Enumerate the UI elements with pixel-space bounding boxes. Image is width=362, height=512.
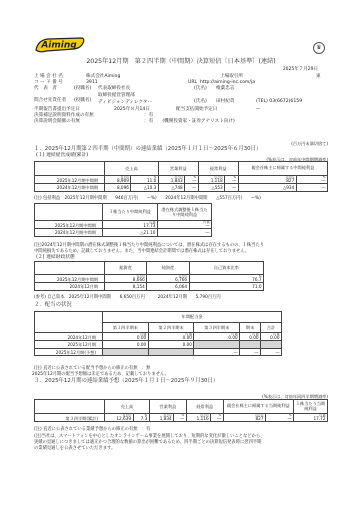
section1-sub1: (１) 連結経営成績(累計) xyxy=(36,153,88,159)
label: 問合せ先責任者 xyxy=(34,98,66,104)
company-url-link[interactable]: http://aiming-inc.com/ja xyxy=(200,80,255,86)
eps-note-1: (注)2024年12月期中間期の潜在株式調整後１株当たり中間純利益については、潜… xyxy=(34,243,264,248)
financial-position-table: 総資産 純資産 自己資本比率 2025年12月期中間期 百万円8,666 百万円… xyxy=(34,261,264,291)
cell: 0.00 xyxy=(148,341,194,349)
cell: %— xyxy=(185,176,199,184)
header-diluted-eps: 潜在株式調整後１株当たり中間純利益 xyxy=(157,204,211,221)
cell: 円 銭0.00 xyxy=(103,333,149,341)
unit-note: (百万円未満切捨て) xyxy=(291,141,328,146)
label: URL xyxy=(188,80,197,86)
header-net-assets: 純資産 xyxy=(147,262,189,275)
svg-text:Aiming: Aiming xyxy=(40,41,77,51)
cell: — xyxy=(194,348,240,356)
label: (役職名) xyxy=(74,86,91,92)
equity-note: (参考) 自己資本 2025年12月期中間期 6,650百万円 2024年12月… xyxy=(34,295,221,300)
cell: 百万円827 xyxy=(223,414,265,422)
cell: %— xyxy=(296,176,327,184)
release-date: 2025年７月29日 xyxy=(283,67,318,72)
label: (氏名) xyxy=(194,99,207,105)
cell: 円 銭17.73 xyxy=(102,221,157,229)
label: (氏名) xyxy=(194,86,207,92)
cell: — xyxy=(296,184,327,192)
cell: △21.10 xyxy=(102,229,157,237)
cell: △748 xyxy=(158,184,184,192)
section2-title: ２．配当の状況 xyxy=(34,302,72,308)
corner-cell xyxy=(35,312,103,333)
section1-sub2: (２) 連結財政状態 xyxy=(36,255,75,261)
row-label: 2025年12月期中間期 xyxy=(35,176,105,184)
header-operating-income: 営業利益 xyxy=(149,400,186,414)
stock-code: 3911 xyxy=(86,80,98,86)
cell: 6,064 xyxy=(147,283,189,291)
cell: 0.00 xyxy=(103,341,149,349)
eps-note-2: 中間純損失であるため、記載しておりません。また、当中間連結会計期間では潜在株式は… xyxy=(34,249,249,254)
cell: 円 銭17.72 xyxy=(294,414,328,422)
cell: 百万円827 xyxy=(238,176,296,184)
crown-emblem-icon: ♛ xyxy=(313,42,325,54)
cell: %7.3 xyxy=(133,414,149,422)
cell: △10.3 xyxy=(131,184,158,192)
aiming-logo: Aiming xyxy=(34,36,86,54)
cell: △934 xyxy=(238,184,296,192)
briefing-value: ：有 (機関投資家・証券アナリスト向け) xyxy=(144,119,235,125)
row-label: 2024年12月期中間期 xyxy=(35,184,105,192)
header-q1: 第１四半期末 xyxy=(103,323,149,333)
contact-title: ディビジョンディレクター xyxy=(98,100,152,106)
label: 上 場 会 社 名 xyxy=(34,74,63,80)
cell: — xyxy=(240,348,261,356)
section3-title: ３．2025年12月期の連結業績予想（2025年１月１日～2025年９月30日） xyxy=(34,378,218,384)
cell: — xyxy=(157,229,211,237)
label: 上場取引所 xyxy=(220,74,243,80)
label: 代 表 者 xyxy=(34,86,57,92)
cell: 円 銭0.00 xyxy=(240,333,261,341)
cell: △553 xyxy=(198,184,224,192)
cell: 百万円8,666 xyxy=(105,275,147,283)
header-annual-dividend: 年間配当金 xyxy=(103,312,282,323)
cell xyxy=(103,348,149,356)
cell: 百万円6,766 xyxy=(147,275,189,283)
exchange: 東 xyxy=(316,74,321,80)
company-name: 株式会社Aiming xyxy=(86,74,120,80)
corner-cell xyxy=(35,162,105,176)
cell: — xyxy=(261,348,282,356)
cell: 百万円1,834 xyxy=(149,414,173,422)
forecast-note-1: (注) 直近に公表されている業績予想からの修正の有無 ：有 xyxy=(34,427,150,432)
cell: %76.7 xyxy=(189,275,263,283)
dividend-note-1: (注) 直近に公表されている配当予想からの修正の有無 ：無 xyxy=(34,366,150,371)
corner-cell xyxy=(35,204,103,221)
forecast-note-3: 実績の見通しにつきましては適正かつ合理的な数値の算出が困難であるため、四半期ごと… xyxy=(34,440,261,445)
row-label: 2025年12月期中間期 xyxy=(35,221,103,229)
cell: — xyxy=(185,184,199,192)
cell xyxy=(194,341,240,349)
header-eps: １株当たり当期純利益 xyxy=(294,400,328,414)
cell: 百万円12,639 xyxy=(105,414,134,422)
cell: 百万円1,118 xyxy=(198,176,224,184)
label: 決算説明会開催の有無 xyxy=(34,119,80,125)
header-ordinary-income: 経常利益 xyxy=(186,400,223,414)
header-sales: 売上高 xyxy=(105,162,159,176)
cell: 円 銭— xyxy=(157,221,211,229)
label: 決算補足説明資料作成の有無 xyxy=(34,113,94,119)
cell: 円 銭0.00 xyxy=(148,333,194,341)
header-net-income: 親会社株主に帰属する当期純利益 xyxy=(223,400,293,414)
report-date: 2025年８月14日 xyxy=(114,107,150,113)
header-eps: １株当たり中間純利益 xyxy=(102,204,157,221)
dividend-table: 年間配当金 第１四半期末 第２四半期末 第３四半期末 期末 合計 2024年12… xyxy=(34,311,282,356)
cell: 百万円1,843 xyxy=(158,176,184,184)
rep-title: 代表取締役社長 xyxy=(98,86,130,92)
row-label: 2025年12月期 xyxy=(35,341,103,349)
cell: 円 銭0.00 xyxy=(194,333,240,341)
header-equity-ratio: 自己資本比率 xyxy=(189,262,263,275)
header-q2: 第２四半期末 xyxy=(148,323,194,333)
section1-title: １．2025年12月期第２四半期（中間期）の連結業績（2025年１月１日～202… xyxy=(34,146,261,152)
dividend-start: — xyxy=(256,107,261,113)
label: (役職名) xyxy=(74,98,91,104)
cell: — xyxy=(225,184,239,192)
dividend-note-2: 2025年12月期の配当予想額は未定であるため、記載しておりません。 xyxy=(32,372,169,377)
contact-name: 田村紀責 xyxy=(216,99,234,105)
rep-name: 椎葉忠志 xyxy=(216,86,234,92)
forecast-note-4: の業績見通しを公表させていただきます。 xyxy=(34,446,115,451)
cell: %— xyxy=(174,414,187,422)
row-label: 第３四半期(累計) xyxy=(35,414,105,422)
cell: %— xyxy=(265,414,293,422)
row-label: 2024年12月期 xyxy=(35,333,103,341)
phone: (TEL) 03(6672)6159 xyxy=(256,99,302,105)
forecast-table: 売上高 営業利益 経常利益 親会社株主に帰属する当期純利益 １株当たり当期純利益… xyxy=(34,399,328,422)
header-total: 合計 xyxy=(261,323,282,333)
cell: %11.0 xyxy=(131,176,158,184)
operating-results-table: 売上高 営業利益 経常利益 親会社株主に帰属する中間純利益 2025年12月期中… xyxy=(34,161,328,192)
cell: 8,096 xyxy=(105,184,131,192)
cell: 百万円8,909 xyxy=(105,176,131,184)
cell: %— xyxy=(211,414,224,422)
header-total-assets: 総資産 xyxy=(105,262,147,275)
header-year-end: 期末 xyxy=(240,323,261,333)
row-label: 2024年12月期 xyxy=(35,283,105,291)
header-q3: 第３四半期末 xyxy=(194,323,240,333)
contact-title: 取締役経営管理部 xyxy=(98,93,135,99)
label: コ ー ド 番 号 xyxy=(34,80,63,86)
row-label: 2025年12月期(予想) xyxy=(35,348,103,356)
document-title: 2025年12月期 第２四半期（中間期）決算短信〔日本基準〕(連結) xyxy=(0,58,362,65)
corner-cell xyxy=(35,262,105,275)
cell xyxy=(261,341,282,349)
supp-value: ：有 xyxy=(144,113,153,119)
label: 半期報告書提出予定日 xyxy=(34,107,80,113)
header-net-income: 親会社株主に帰属する中間純利益 xyxy=(238,162,327,176)
cell: 百万円1,116 xyxy=(186,414,210,422)
cell xyxy=(148,348,194,356)
eps-table: １株当たり中間純利益 潜在株式調整後１株当たり中間純利益 2025年12月期中間… xyxy=(34,203,212,237)
header-ordinary-income: 経常利益 xyxy=(198,162,238,176)
header-operating-income: 営業利益 xyxy=(158,162,198,176)
comprehensive-income-note: (注) 包括利益 2025年12月期中間期 946百万円( —%) 2024年1… xyxy=(34,196,261,201)
cell: 8,154 xyxy=(105,283,147,291)
row-label: 2025年12月期中間期 xyxy=(35,275,105,283)
cell xyxy=(240,341,261,349)
cell: %— xyxy=(225,176,239,184)
label: 配当支払開始予定日 xyxy=(176,107,217,113)
header-sales: 売上高 xyxy=(105,400,150,414)
corner-cell xyxy=(35,400,105,414)
cell: 円 銭0.00 xyxy=(261,333,282,341)
forecast-note-2: (注)当社は、スマートフォンを中心としたオンラインゲーム事業を展開しており、短期… xyxy=(34,434,264,439)
cell: 71.0 xyxy=(189,283,263,291)
row-label: 2024年12月期中間期 xyxy=(35,229,103,237)
